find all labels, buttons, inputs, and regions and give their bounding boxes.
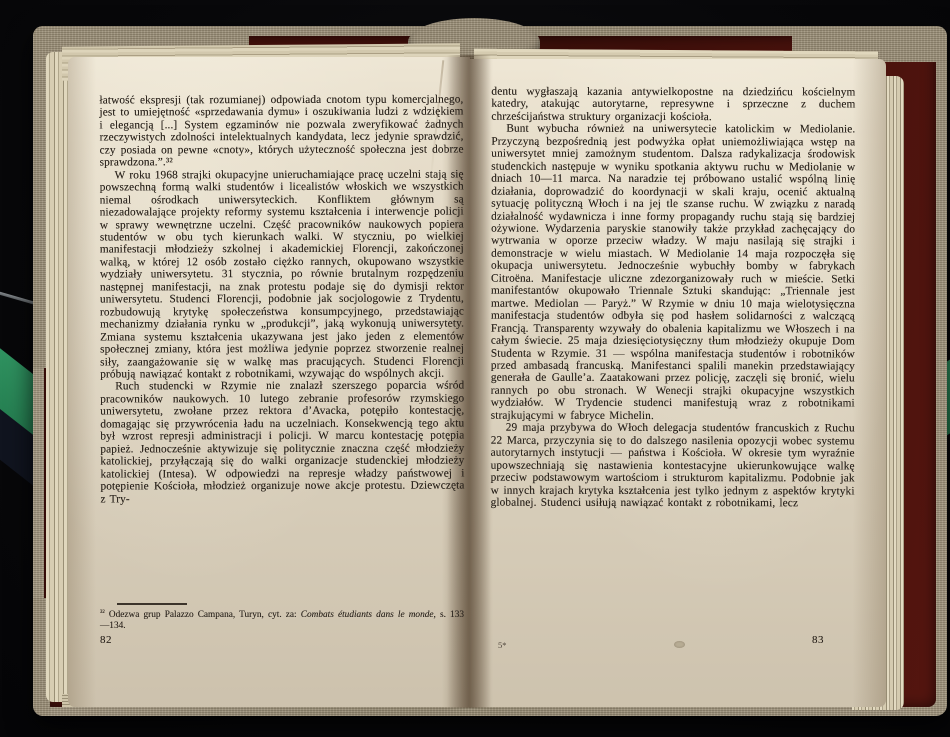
paragraph-quote-continuation: łatwość ekspresji (tak rozumianej) odpow… — [99, 94, 463, 170]
left-page-text: łatwość ekspresji (tak rozumianej) odpow… — [99, 94, 464, 506]
book-photo-scene: łatwość ekspresji (tak rozumianej) odpow… — [0, 0, 950, 737]
footnote-text: Odezwa grup Palazzo Campana, Turyn, cyt.… — [105, 610, 301, 620]
paragraph-french-delegation: 29 maja przybywa do Włoch delegacja stud… — [491, 422, 855, 510]
page-smudge — [674, 641, 685, 648]
paragraph-rome-movement: Ruch studencki w Rzymie nie znalazł szer… — [100, 380, 464, 505]
footnote-rule — [117, 603, 187, 605]
signature-mark: 5* — [498, 640, 507, 650]
footnote: ³² Odezwa grup Palazzo Campana, Turyn, c… — [100, 608, 464, 632]
open-book: łatwość ekspresji (tak rozumianej) odpow… — [0, 0, 950, 737]
page-number-left: 82 — [100, 634, 112, 646]
paragraph-milan-revolt: Bunt wybucha również na uniwersytecie ka… — [491, 123, 856, 423]
paragraph-trento-continuation: dentu wygłaszają kazania antywielkopostn… — [491, 86, 855, 124]
right-page-text: dentu wygłaszają kazania antywielkopostn… — [491, 86, 856, 510]
footnote-title-italic: Combats étudiants dans le monde — [301, 610, 434, 620]
paragraph-strikes-1968: W roku 1968 strajki okupacyjne unierucha… — [100, 168, 465, 381]
page-number-right: 83 — [812, 634, 824, 646]
